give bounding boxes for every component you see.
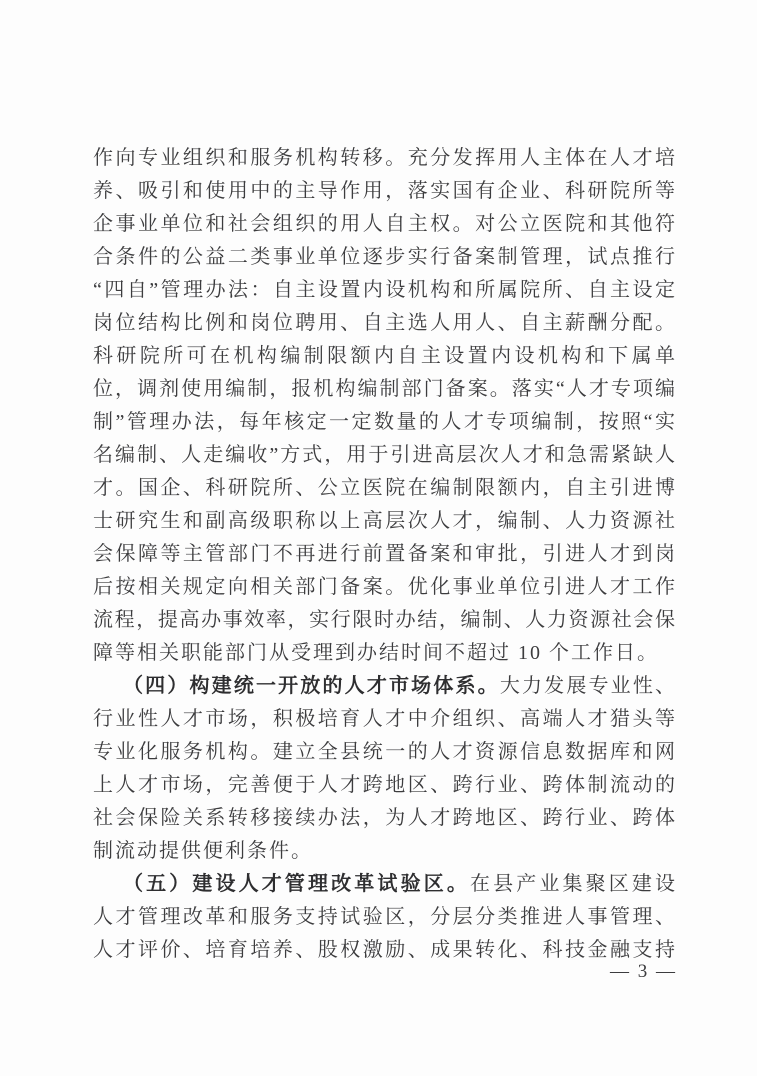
text-line: 位，调剂使用编制，报机构编制部门备案。落实“人才专项编 xyxy=(93,373,675,406)
body-text-segment: 上人才市场，完善便于人才跨地区、跨行业、跨体制流动的 xyxy=(93,774,675,796)
body-text-segment: 养、吸引和使用中的主导作用，落实国有企业、科研院所等 xyxy=(93,180,675,202)
body-text-segment: 人才管理改革和服务支持试验区，分层分类推进人事管理、 xyxy=(93,906,675,928)
text-line: 科研院所可在机构编制限额内自主设置内设机构和下属单 xyxy=(93,340,675,373)
section-heading-segment: （五）建设人才管理改革试验区。 xyxy=(123,873,470,895)
body-text-segment: 名编制、人走编收”方式，用于引进高层次人才和急需紧缺人 xyxy=(93,444,675,466)
page-number: — 3 — xyxy=(610,961,677,983)
body-text-segment: 士研究生和副高级职称以上高层次人才，编制、人力资源社 xyxy=(93,510,675,532)
body-text-segment: 后按相关规定向相关部门备案。优化事业单位引进人才工作 xyxy=(93,576,675,598)
text-line: 人才评价、培育培养、股权激励、成果转化、科技金融支持 xyxy=(93,934,675,967)
text-line: 流程，提高办事效率，实行限时办结，编制、人力资源社会保 xyxy=(93,604,675,637)
text-line: 会保障等主管部门不再进行前置备案和审批，引进人才到岗 xyxy=(93,538,675,571)
body-text-segment: 社会保险关系转移接续办法，为人才跨地区、跨行业、跨体 xyxy=(93,807,675,829)
text-line: 行业性人才市场，积极培育人才中介组织、高端人才猎头等 xyxy=(93,703,675,736)
text-line: 名编制、人走编收”方式，用于引进高层次人才和急需紧缺人 xyxy=(93,439,675,472)
text-line: 岗位结构比例和岗位聘用、自主选人用人、自主薪酬分配。 xyxy=(93,307,675,340)
text-line: （四）构建统一开放的人才市场体系。大力发展专业性、 xyxy=(93,670,675,703)
text-line: “四自”管理办法：自主设置内设机构和所属院所、自主设定 xyxy=(93,274,675,307)
body-text-segment: 才。国企、科研院所、公立医院在编制限额内，自主引进博 xyxy=(93,477,675,499)
body-text-segment: 制”管理办法，每年核定一定数量的人才专项编制，按照“实 xyxy=(93,411,675,433)
body-text-segment: 会保障等主管部门不再进行前置备案和审批，引进人才到岗 xyxy=(93,543,675,565)
body-text-segment: 制流动提供便利条件。 xyxy=(93,840,313,862)
body-text-segment: 人才评价、培育培养、股权激励、成果转化、科技金融支持 xyxy=(93,939,675,961)
text-line: 养、吸引和使用中的主导作用，落实国有企业、科研院所等 xyxy=(93,175,675,208)
text-line: 社会保险关系转移接续办法，为人才跨地区、跨行业、跨体 xyxy=(93,802,675,835)
body-text-segment: 岗位结构比例和岗位聘用、自主选人用人、自主薪酬分配。 xyxy=(93,312,675,334)
text-line: 企事业单位和社会组织的用人自主权。对公立医院和其他符 xyxy=(93,208,675,241)
text-line: 制流动提供便利条件。 xyxy=(93,835,675,868)
document-body: 作向专业组织和服务机构转移。充分发挥用人主体在人才培养、吸引和使用中的主导作用，… xyxy=(93,142,675,967)
text-line: （五）建设人才管理改革试验区。在县产业集聚区建设 xyxy=(93,868,675,901)
document-page: 作向专业组织和服务机构转移。充分发挥用人主体在人才培养、吸引和使用中的主导作用，… xyxy=(0,0,757,1076)
body-text-segment: 作向专业组织和服务机构转移。充分发挥用人主体在人才培 xyxy=(93,147,675,169)
text-line: 专业化服务机构。建立全县统一的人才资源信息数据库和网 xyxy=(93,736,675,769)
text-line: 才。国企、科研院所、公立医院在编制限额内，自主引进博 xyxy=(93,472,675,505)
body-text-segment: 位，调剂使用编制，报机构编制部门备案。落实“人才专项编 xyxy=(93,378,675,400)
text-line: 人才管理改革和服务支持试验区，分层分类推进人事管理、 xyxy=(93,901,675,934)
body-text-segment: 企事业单位和社会组织的用人自主权。对公立医院和其他符 xyxy=(93,213,675,235)
text-line: 制”管理办法，每年核定一定数量的人才专项编制，按照“实 xyxy=(93,406,675,439)
text-line: 士研究生和副高级职称以上高层次人才，编制、人力资源社 xyxy=(93,505,675,538)
body-text-segment: 大力发展专业性、 xyxy=(500,675,675,697)
body-text-segment: “四自”管理办法：自主设置内设机构和所属院所、自主设定 xyxy=(93,279,675,301)
body-text-segment: 行业性人才市场，积极培育人才中介组织、高端人才猎头等 xyxy=(93,708,675,730)
body-text-segment: 合条件的公益二类事业单位逐步实行备案制管理，试点推行 xyxy=(93,246,675,268)
body-text-segment: 专业化服务机构。建立全县统一的人才资源信息数据库和网 xyxy=(93,741,675,763)
body-text-segment: 在县产业集聚区建设 xyxy=(470,873,675,895)
section-heading-segment: （四）构建统一开放的人才市场体系。 xyxy=(123,675,500,697)
body-text-segment: 科研院所可在机构编制限额内自主设置内设机构和下属单 xyxy=(93,345,675,367)
body-text-segment: 障等相关职能部门从受理到办结时间不超过 10 个工作日。 xyxy=(93,642,659,664)
body-text-segment: 流程，提高办事效率，实行限时办结，编制、人力资源社会保 xyxy=(93,609,675,631)
text-line: 上人才市场，完善便于人才跨地区、跨行业、跨体制流动的 xyxy=(93,769,675,802)
text-line: 障等相关职能部门从受理到办结时间不超过 10 个工作日。 xyxy=(93,637,675,670)
text-line: 作向专业组织和服务机构转移。充分发挥用人主体在人才培 xyxy=(93,142,675,175)
text-line: 合条件的公益二类事业单位逐步实行备案制管理，试点推行 xyxy=(93,241,675,274)
text-line: 后按相关规定向相关部门备案。优化事业单位引进人才工作 xyxy=(93,571,675,604)
